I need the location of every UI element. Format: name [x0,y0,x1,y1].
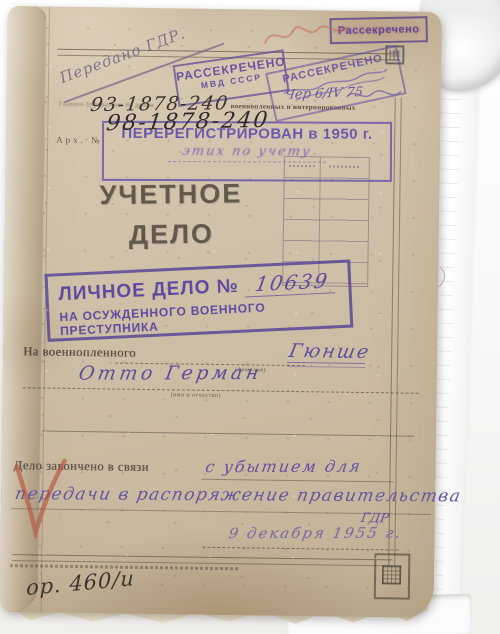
cover-title: УЧЕТНОЕ ДЕЛО [60,173,283,256]
personal-file-stamp: ЛИЧНОЕ ДЕЛО № 10639 НА ОСУЖДЕННОГО ВОЕНН… [44,260,353,342]
name-caption: (имя и отчество) [171,392,222,399]
handwriting-surname: Гюнше [287,340,372,363]
table-microtext [329,165,361,167]
table-microtext [289,165,315,167]
pow-field-label: На военнопленного [23,344,136,361]
document-photo: 000 Главное управление по делам военнопл… [0,0,500,634]
handwriting-given-names: Отто Герман [77,362,264,385]
closed-field-line1 [201,479,393,483]
handwriting-closed-line2: передачи в распоряжение правительства [13,484,463,506]
corner-ornament-icon [374,553,411,599]
date-field-line [202,547,398,551]
personal-file-number: 10639 [245,268,339,297]
folder-cover: Главное управление по делам военнопленны… [0,6,442,618]
red-check-mark [9,454,72,539]
handwriting-date: 9 декабря 1955 г. [227,524,403,543]
blank-form-line [42,431,414,437]
handwriting-folder-code: ор. 460/и [26,566,135,600]
archive-number-label: Арх. № [56,135,103,146]
purple-signature-scribble [343,83,405,108]
red-ink-scribble [259,18,351,55]
handwriting-closed-line1: с убытием для [204,457,364,477]
cover-title-line2: ДЕЛО [60,213,282,256]
handwriting-archive-number: 98-1878-240 [105,108,271,136]
personal-file-label: ЛИЧНОЕ ДЕЛО № [58,276,239,306]
surname-underline [287,362,365,368]
